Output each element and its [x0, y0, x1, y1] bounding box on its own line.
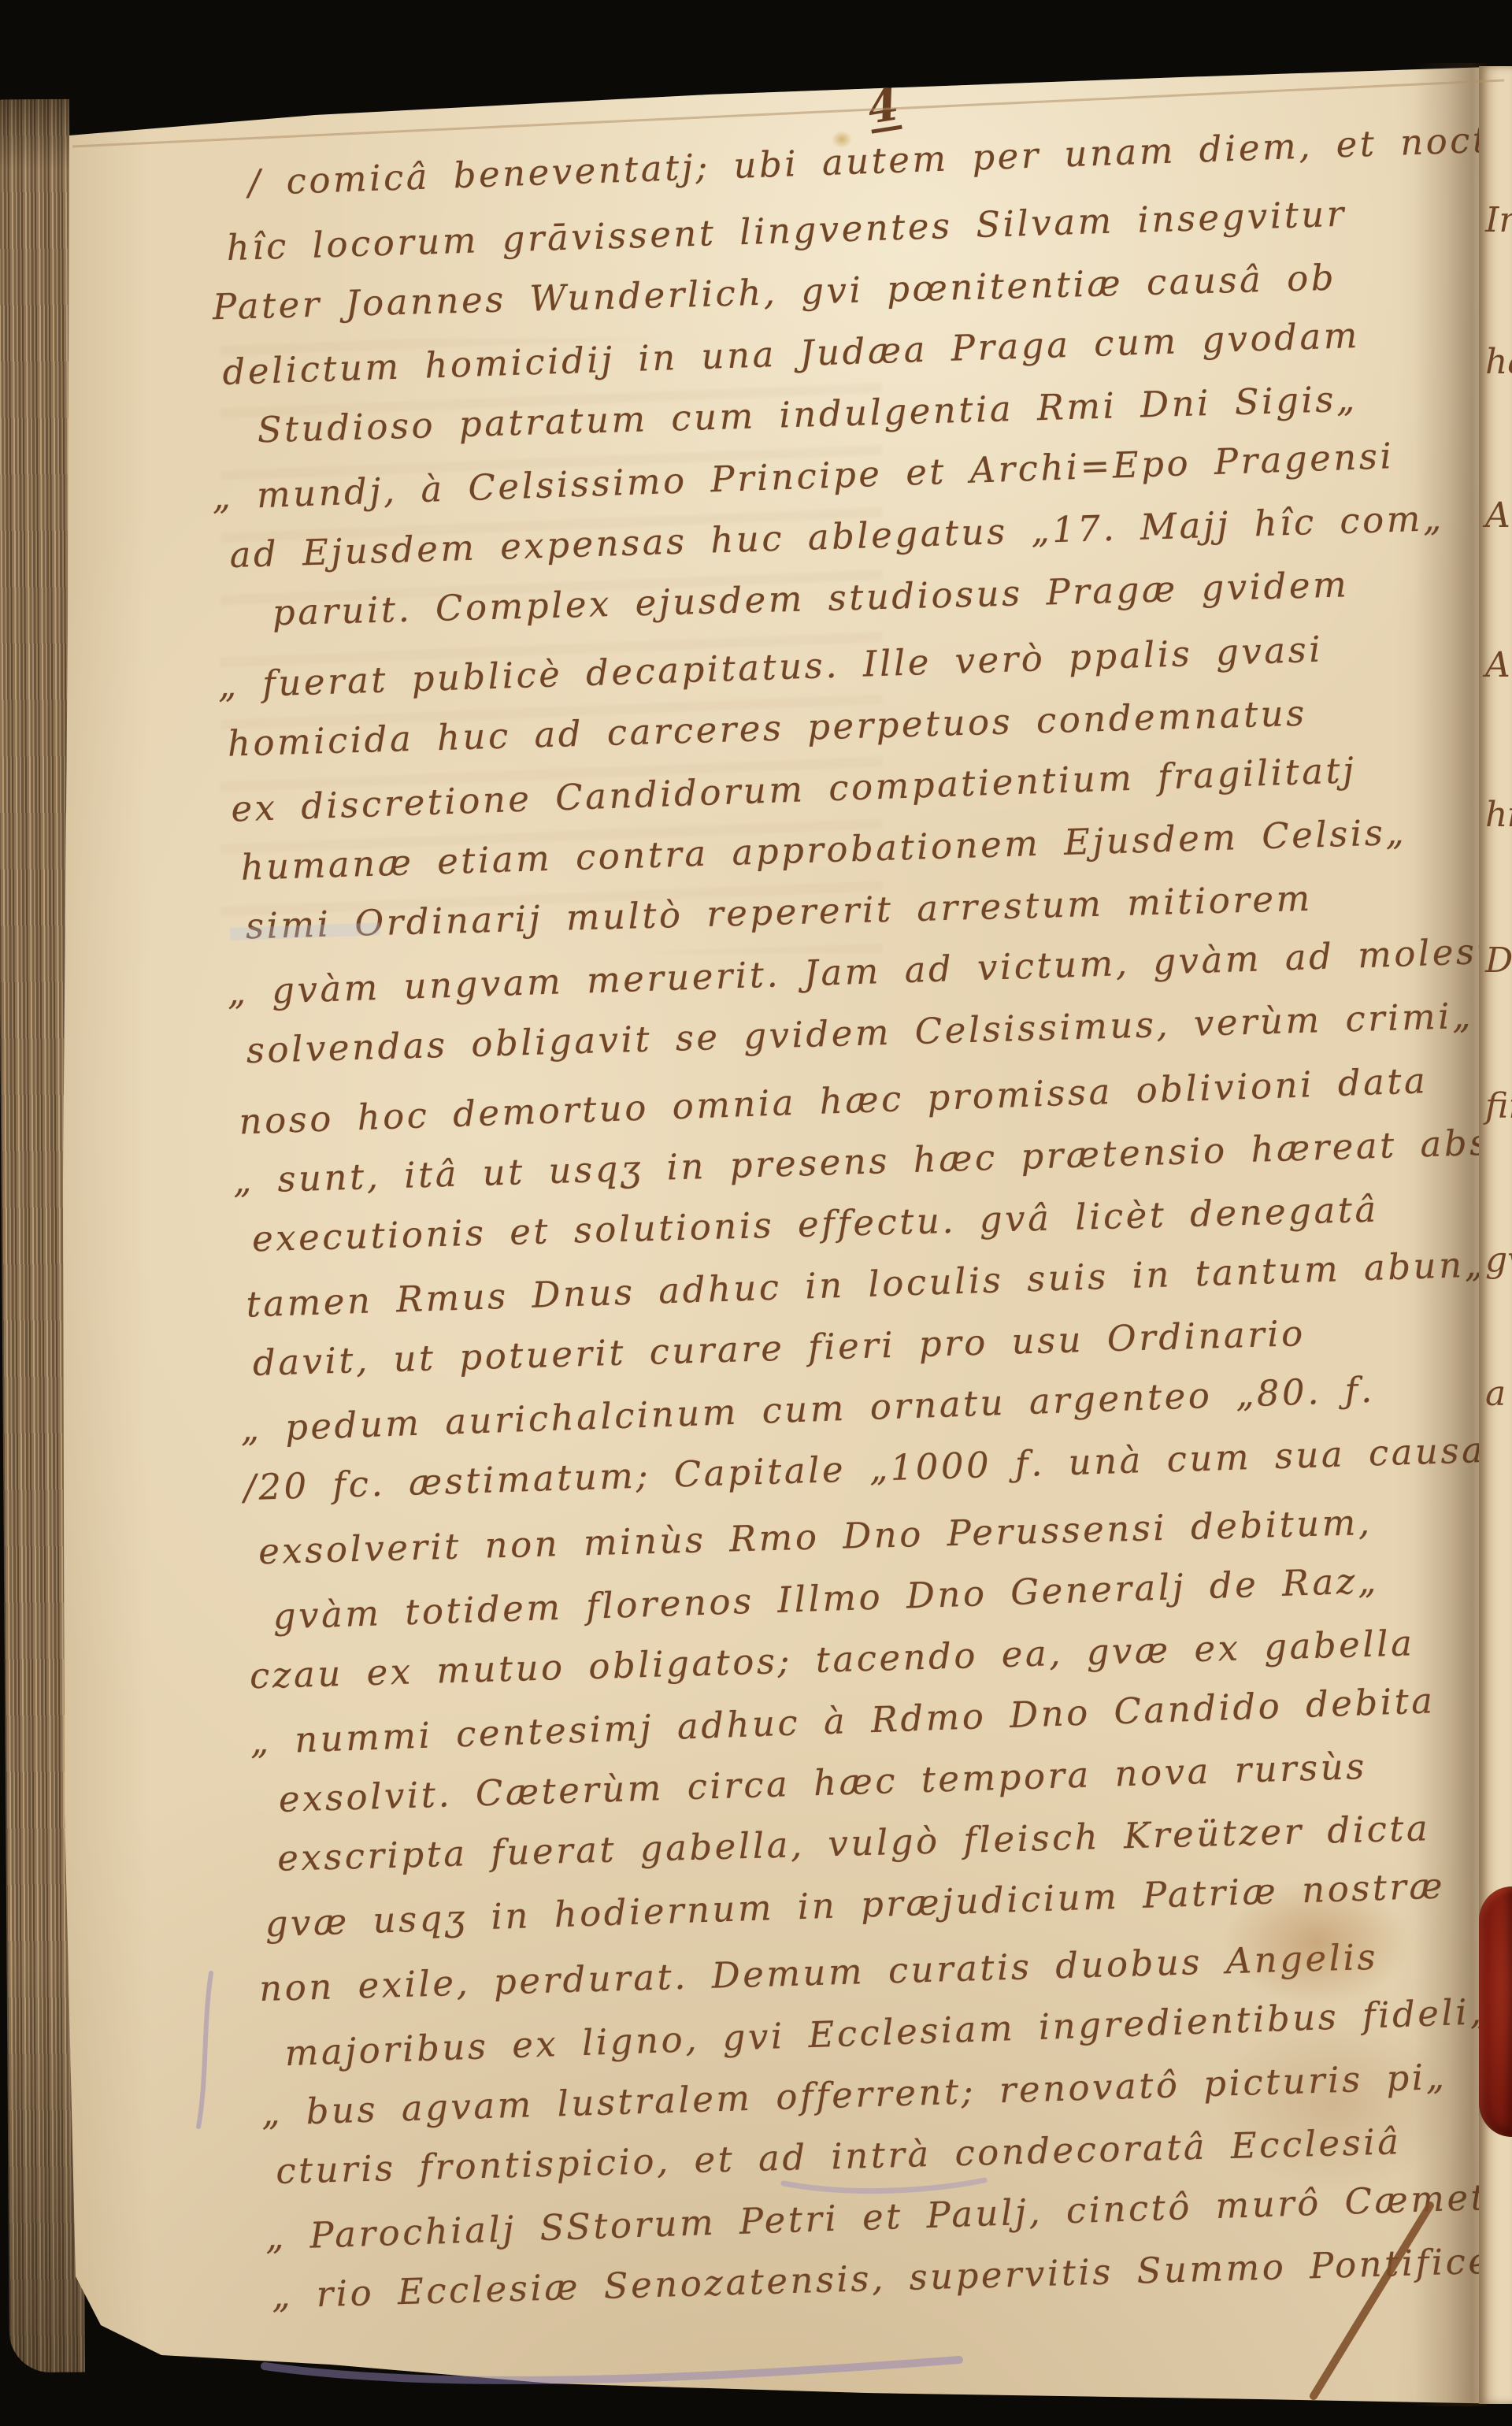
page-edge-line	[72, 80, 1504, 147]
pencil-underline-2	[784, 2180, 984, 2191]
ink-stroke	[1314, 2205, 1430, 2396]
chalk-smudge	[230, 922, 380, 940]
pencil-margin-mark	[198, 1973, 211, 2127]
manuscript-photo: 391 4 ∕ comicâ beneventatj; ubi autem pe…	[0, 0, 1512, 2426]
annotation-marks	[0, 0, 1512, 2426]
pencil-underline-1	[265, 2360, 959, 2380]
